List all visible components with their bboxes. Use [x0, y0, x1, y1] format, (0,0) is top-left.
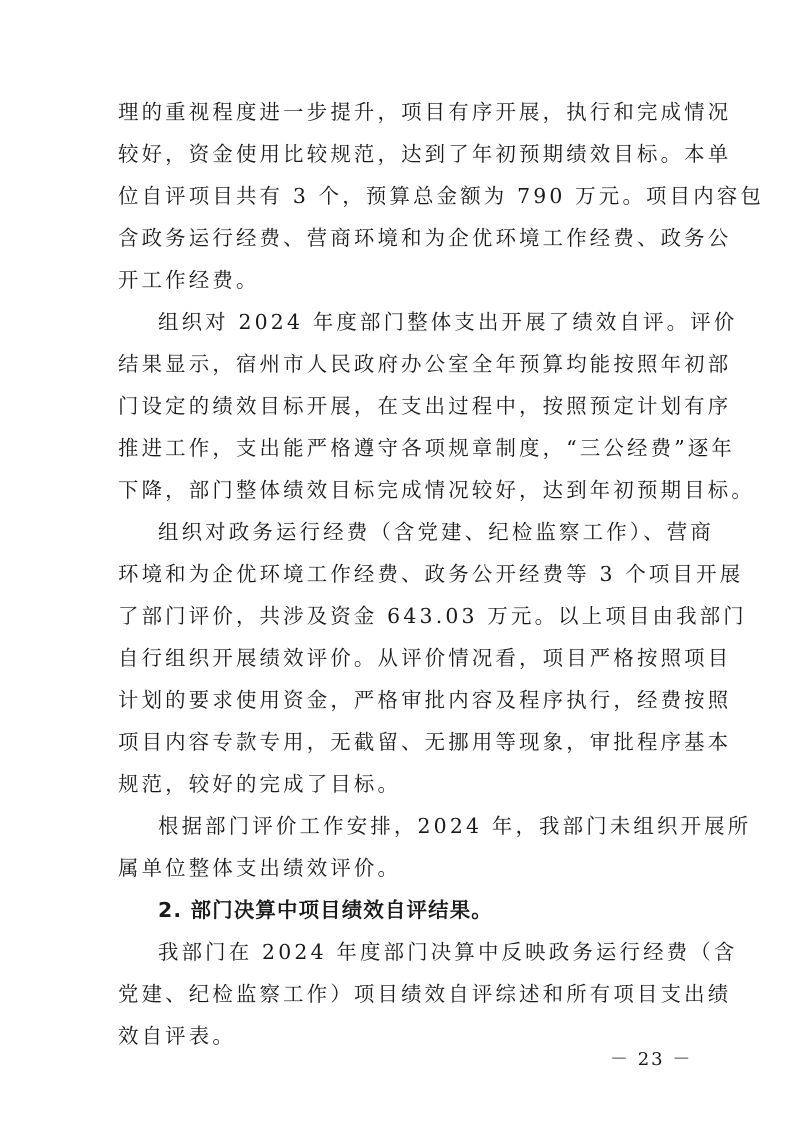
paragraph-3-line-5: 计划的要求使用资金，严格审批内容及程序执行，经费按照 [118, 680, 731, 720]
paragraph-1-line-3: 位自评项目共有 3 个，预算总金额为 790 万元。项目内容包 [118, 176, 764, 216]
paragraph-1-line-4: 含政务运行经费、营商环境和为企优环境工作经费、政务公 [118, 218, 731, 258]
paragraph-3-line-2: 环境和为企优环境工作经费、政务公开经费等 3 个项目开展 [118, 554, 743, 594]
paragraph-2-line-3: 门设定的绩效目标开展，在支出过程中，按照预定计划有序 [118, 386, 731, 426]
paragraph-4-line-2: 属单位整体支出绩效评价。 [118, 848, 401, 888]
paragraph-5-line-3: 效自评表。 [118, 1016, 236, 1056]
page-number: － 23 － [610, 1048, 692, 1072]
paragraph-3-line-3: 了部门评价，共涉及资金 643.03 万元。以上项目由我部门 [118, 596, 747, 636]
paragraph-2-line-4: 推进工作，支出能严格遵守各项规章制度，“三公经费”逐年 [118, 428, 735, 468]
paragraph-1-line-2: 较好，资金使用比较规范，达到了年初预期绩效目标。本单 [118, 134, 731, 174]
paragraph-3-line-1: 组织对政务运行经费（含党建、纪检监察工作）、营商 [158, 512, 714, 552]
paragraph-4-line-1: 根据部门评价工作安排，2024 年，我部门未组织开展所 [158, 806, 751, 846]
paragraph-3-line-6: 项目内容专款专用，无截留、无挪用等现象，审批程序基本 [118, 722, 731, 762]
paragraph-3-line-4: 自行组织开展绩效评价。从评价情况看，项目严格按照项目 [118, 638, 731, 678]
paragraph-5-line-1: 我部门在 2024 年度部门决算中反映政务运行经费（含 [158, 932, 737, 972]
paragraph-5-line-2: 党建、纪检监察工作）项目绩效自评综述和所有项目支出绩 [118, 974, 731, 1014]
section-heading: 2. 部门决算中项目绩效自评结果。 [158, 890, 493, 930]
paragraph-2-line-1: 组织对 2024 年度部门整体支出开展了绩效自评。评价 [158, 302, 737, 342]
paragraph-2-line-5: 下降，部门整体绩效目标完成情况较好，达到年初预期目标。 [118, 470, 755, 510]
paragraph-3-line-7: 规范，较好的完成了目标。 [118, 764, 401, 804]
paragraph-2-line-2: 结果显示，宿州市人民政府办公室全年预算均能按照年初部 [118, 344, 731, 384]
paragraph-1-line-1: 理的重视程度进一步提升，项目有序开展，执行和完成情况 [118, 92, 731, 132]
paragraph-1-line-5: 开工作经费。 [118, 260, 260, 300]
